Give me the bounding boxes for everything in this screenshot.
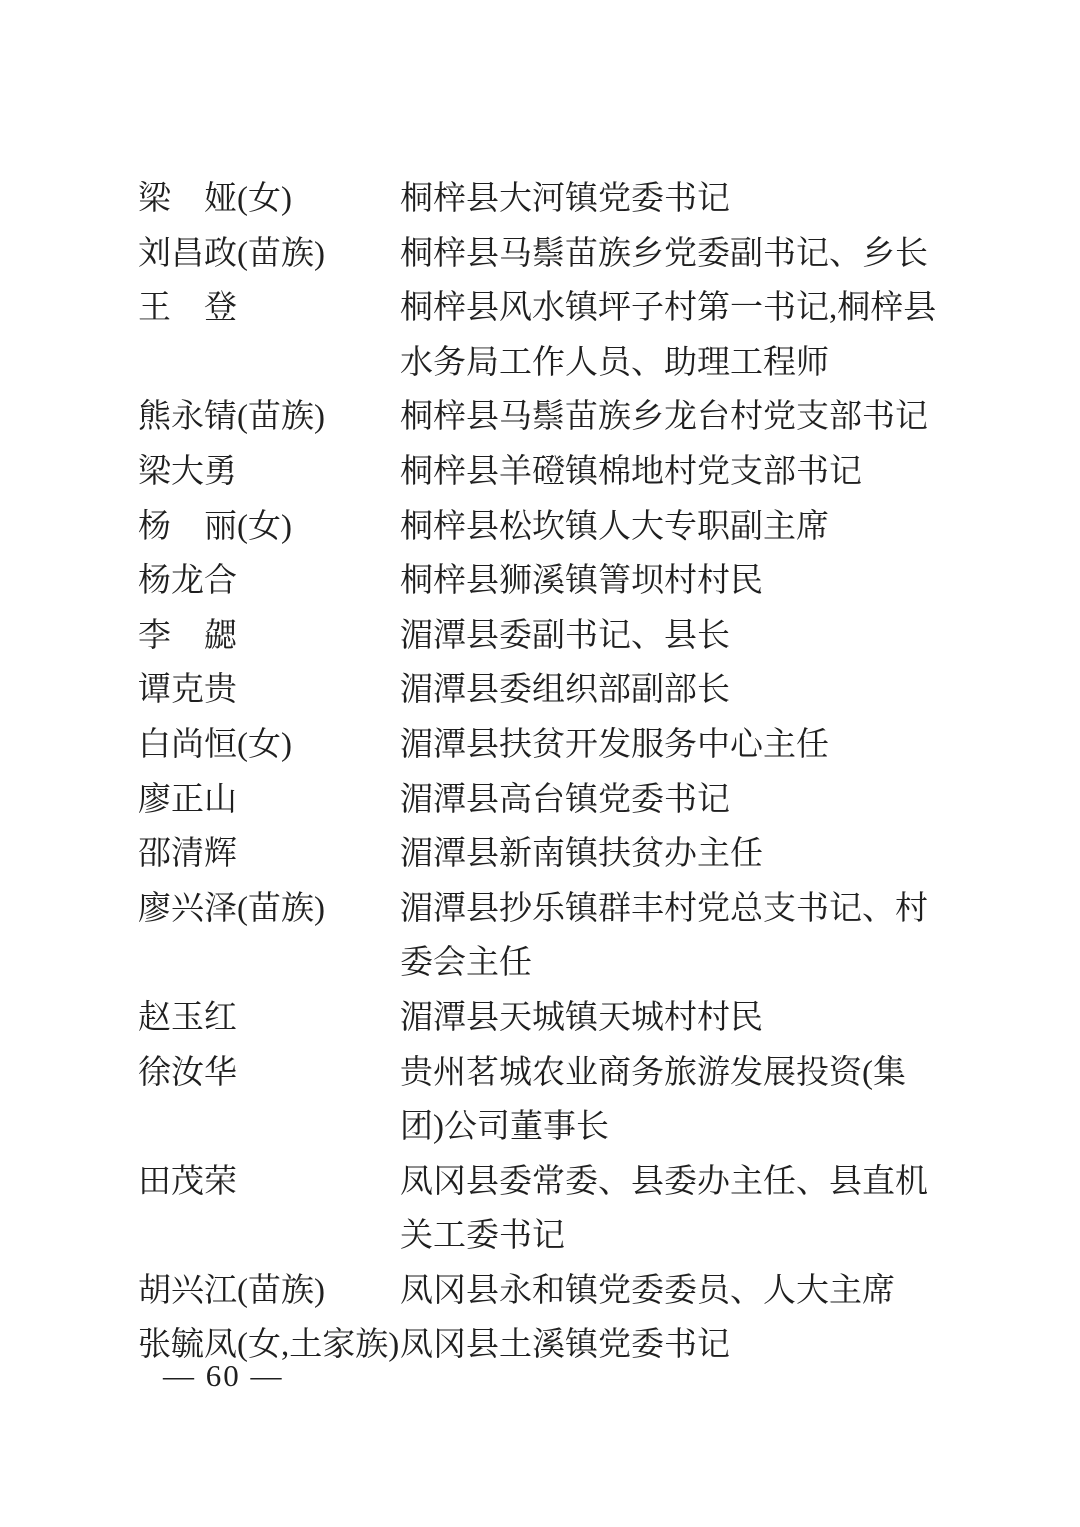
person-name: 廖正山 (138, 773, 400, 828)
person-position: 桐梓县松坎镇人大专职副主席 (400, 500, 948, 555)
person-position: 湄潭县抄乐镇群丰村党总支书记、村委会主任 (400, 882, 948, 991)
person-position: 桐梓县狮溪镇箐坝村村民 (400, 554, 948, 609)
page-number: — 60 — (163, 1356, 284, 1396)
honor-roll-list: 梁 娅(女) 桐梓县大河镇党委书记 刘昌政(苗族) 桐梓县马鬃苗族乡党委副书记、… (138, 172, 948, 1373)
list-item: 邵清辉 湄潭县新南镇扶贫办主任 (138, 827, 948, 882)
person-name: 杨龙合 (138, 554, 400, 609)
list-item: 王 登 桐梓县风水镇坪子村第一书记,桐梓县水务局工作人员、助理工程师 (138, 281, 948, 390)
person-position: 桐梓县马鬃苗族乡党委副书记、乡长 (400, 227, 948, 282)
person-name: 廖兴泽(苗族) (138, 882, 400, 937)
list-item: 廖正山 湄潭县高台镇党委书记 (138, 773, 948, 828)
list-item: 杨 丽(女) 桐梓县松坎镇人大专职副主席 (138, 500, 948, 555)
person-name: 杨 丽(女) (138, 500, 400, 555)
list-item: 谭克贵 湄潭县委组织部副部长 (138, 663, 948, 718)
person-position: 湄潭县天城镇天城村村民 (400, 991, 948, 1046)
person-position: 桐梓县马鬃苗族乡龙台村党支部书记 (400, 390, 948, 445)
list-item: 梁 娅(女) 桐梓县大河镇党委书记 (138, 172, 948, 227)
person-name: 刘昌政(苗族) (138, 227, 400, 282)
person-position: 湄潭县委组织部副部长 (400, 663, 948, 718)
list-item: 廖兴泽(苗族) 湄潭县抄乐镇群丰村党总支书记、村委会主任 (138, 882, 948, 991)
person-name: 王 登 (138, 281, 400, 336)
person-name: 谭克贵 (138, 663, 400, 718)
person-position: 桐梓县风水镇坪子村第一书记,桐梓县水务局工作人员、助理工程师 (400, 281, 948, 390)
list-item: 杨龙合 桐梓县狮溪镇箐坝村村民 (138, 554, 948, 609)
list-item: 田茂荣 凤冈县委常委、县委办主任、县直机关工委书记 (138, 1155, 948, 1264)
person-position: 凤冈县土溪镇党委书记 (400, 1318, 948, 1373)
person-position: 凤冈县永和镇党委委员、人大主席 (400, 1264, 948, 1319)
person-name: 梁 娅(女) (138, 172, 400, 227)
person-name: 田茂荣 (138, 1155, 400, 1210)
list-item: 熊永锖(苗族) 桐梓县马鬃苗族乡龙台村党支部书记 (138, 390, 948, 445)
person-name: 白尚恒(女) (138, 718, 400, 773)
list-item: 梁大勇 桐梓县羊磴镇棉地村党支部书记 (138, 445, 948, 500)
person-position: 湄潭县高台镇党委书记 (400, 773, 948, 828)
person-name: 胡兴江(苗族) (138, 1264, 400, 1319)
list-item: 白尚恒(女) 湄潭县扶贫开发服务中心主任 (138, 718, 948, 773)
list-item: 胡兴江(苗族) 凤冈县永和镇党委委员、人大主席 (138, 1264, 948, 1319)
list-item: 李 勰 湄潭县委副书记、县长 (138, 609, 948, 664)
person-name: 李 勰 (138, 609, 400, 664)
person-name: 邵清辉 (138, 827, 400, 882)
person-position: 凤冈县委常委、县委办主任、县直机关工委书记 (400, 1155, 948, 1264)
person-position: 桐梓县大河镇党委书记 (400, 172, 948, 227)
person-name: 赵玉红 (138, 991, 400, 1046)
list-item: 赵玉红 湄潭县天城镇天城村村民 (138, 991, 948, 1046)
person-name: 熊永锖(苗族) (138, 390, 400, 445)
person-position: 桐梓县羊磴镇棉地村党支部书记 (400, 445, 948, 500)
person-position: 湄潭县新南镇扶贫办主任 (400, 827, 948, 882)
person-name: 徐汝华 (138, 1046, 400, 1101)
person-position: 湄潭县扶贫开发服务中心主任 (400, 718, 948, 773)
list-item: 刘昌政(苗族) 桐梓县马鬃苗族乡党委副书记、乡长 (138, 227, 948, 282)
person-name: 梁大勇 (138, 445, 400, 500)
person-position: 贵州茗城农业商务旅游发展投资(集团)公司董事长 (400, 1046, 948, 1155)
person-position: 湄潭县委副书记、县长 (400, 609, 948, 664)
list-item: 徐汝华 贵州茗城农业商务旅游发展投资(集团)公司董事长 (138, 1046, 948, 1155)
document-page: 梁 娅(女) 桐梓县大河镇党委书记 刘昌政(苗族) 桐梓县马鬃苗族乡党委副书记、… (0, 0, 1080, 1527)
